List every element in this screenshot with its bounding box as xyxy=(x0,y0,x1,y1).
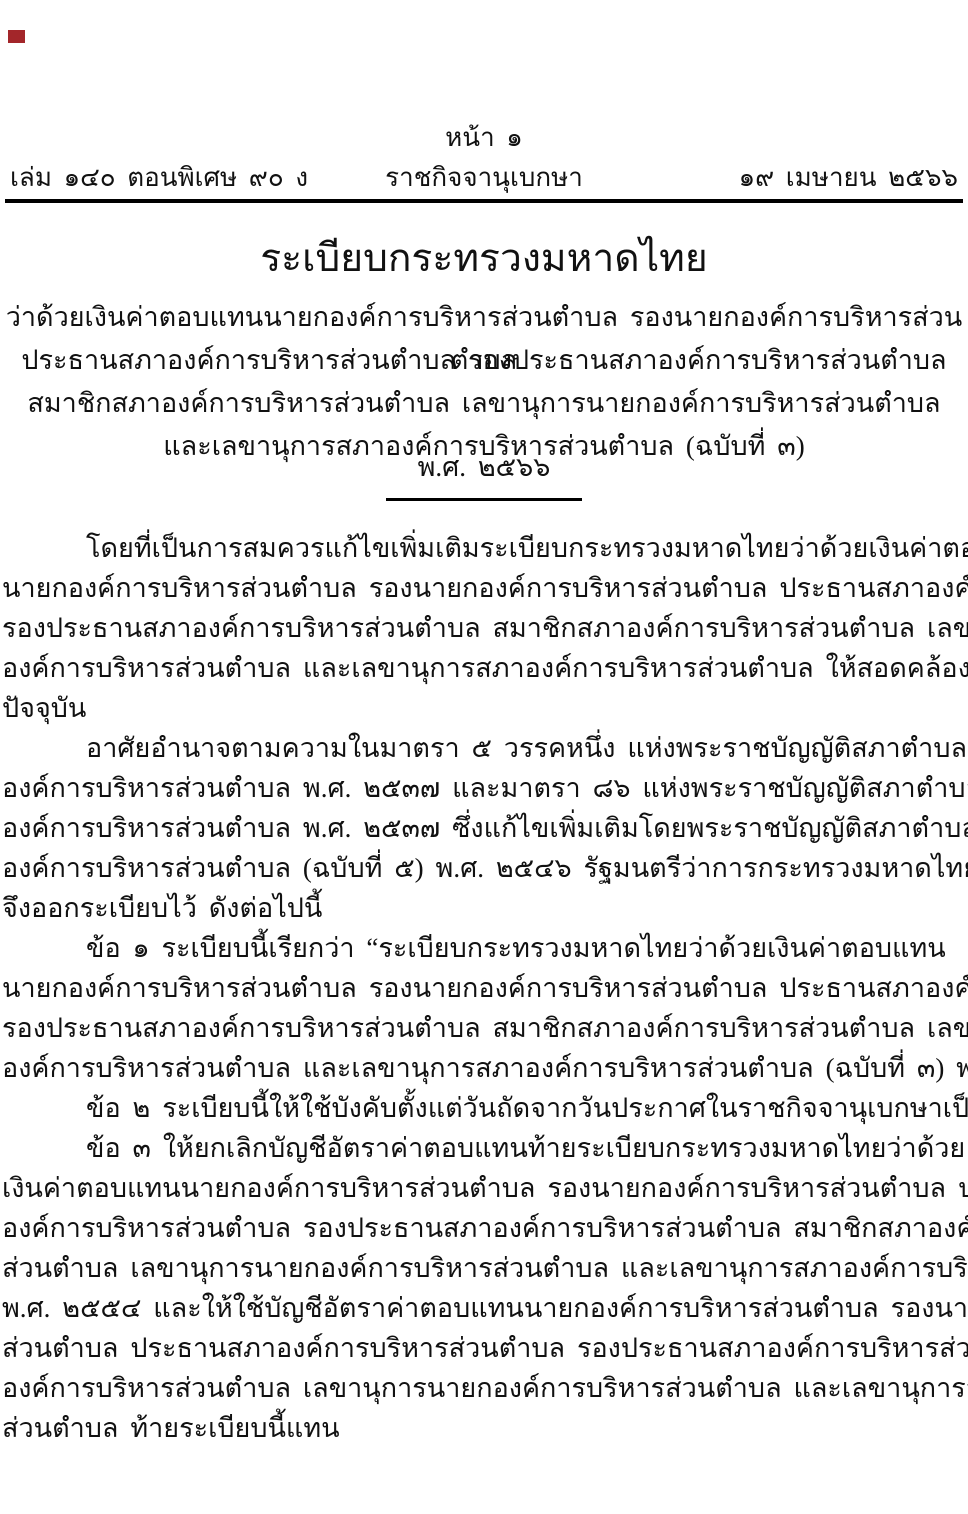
body-line: องค์การบริหารส่วนตำบล พ.ศ. ๒๕๓๗ และมาตรา… xyxy=(2,768,964,808)
body-line: องค์การบริหารส่วนตำบล เลขานุการนายกองค์ก… xyxy=(2,1368,964,1408)
title-subtitle-line: สมาชิกสภาองค์การบริหารส่วนตำบล เลขานุการ… xyxy=(0,382,968,425)
publish-date: ๑๙ เมษายน ๒๕๖๖ xyxy=(739,158,958,198)
body-line: ส่วนตำบล ประธานสภาองค์การบริหารส่วนตำบล … xyxy=(2,1328,964,1368)
gazette-header-row: เล่ม ๑๔๐ ตอนพิเศษ ๙๐ ง ราชกิจจานุเบกษา ๑… xyxy=(0,158,968,198)
body-line: องค์การบริหารส่วนตำบล และเลขานุการสภาองค… xyxy=(2,648,964,688)
body-line: องค์การบริหารส่วนตำบล พ.ศ. ๒๕๓๗ ซึ่งแก้ไ… xyxy=(2,808,964,848)
title-subtitle-line: ว่าด้วยเงินค่าตอบแทนนายกองค์การบริหารส่ว… xyxy=(0,296,968,339)
era-line: พ.ศ. ๒๕๖๖ xyxy=(0,448,968,486)
gazette-page: หน้า ๑ เล่ม ๑๔๐ ตอนพิเศษ ๙๐ ง ราชกิจจานุ… xyxy=(0,0,968,1514)
regulation-subtitle: ว่าด้วยเงินค่าตอบแทนนายกองค์การบริหารส่ว… xyxy=(0,296,968,468)
body-line: ส่วนตำบล ท้ายระเบียบนี้แทน xyxy=(2,1408,964,1448)
body-line: นายกองค์การบริหารส่วนตำบล รองนายกองค์การ… xyxy=(2,568,964,608)
page-number: หน้า ๑ xyxy=(0,118,968,158)
body-line: ข้อ ๓ ให้ยกเลิกบัญชีอัตราค่าตอบแทนท้ายระ… xyxy=(2,1128,964,1168)
header-rule xyxy=(5,199,963,203)
red-corner-mark xyxy=(8,30,25,43)
body-line: อาศัยอำนาจตามความในมาตรา ๕ วรรคหนึ่ง แห่… xyxy=(2,728,964,768)
body-line: นายกองค์การบริหารส่วนตำบล รองนายกองค์การ… xyxy=(2,968,964,1008)
body-line: องค์การบริหารส่วนตำบล และเลขานุการสภาองค… xyxy=(2,1048,964,1088)
document-body: โดยที่เป็นการสมควรแก้ไขเพิ่มเติมระเบียบก… xyxy=(2,528,964,1448)
title-divider xyxy=(386,498,582,501)
body-line: รองประธานสภาองค์การบริหารส่วนตำบล สมาชิก… xyxy=(2,608,964,648)
body-line: เงินค่าตอบแทนนายกองค์การบริหารส่วนตำบล ร… xyxy=(2,1168,964,1208)
body-line: ส่วนตำบล เลขานุการนายกองค์การบริหารส่วนต… xyxy=(2,1248,964,1288)
body-line: ปัจจุบัน xyxy=(2,688,964,728)
body-line: องค์การบริหารส่วนตำบล (ฉบับที่ ๕) พ.ศ. ๒… xyxy=(2,848,964,888)
title-subtitle-line: ประธานสภาองค์การบริหารส่วนตำบล รองประธาน… xyxy=(0,339,968,382)
body-line: พ.ศ. ๒๕๕๔ และให้ใช้บัญชีอัตราค่าตอบแทนนา… xyxy=(2,1288,964,1328)
body-line: โดยที่เป็นการสมควรแก้ไขเพิ่มเติมระเบียบก… xyxy=(2,528,964,568)
body-line: องค์การบริหารส่วนตำบล รองประธานสภาองค์กา… xyxy=(2,1208,964,1248)
body-line: รองประธานสภาองค์การบริหารส่วนตำบล สมาชิก… xyxy=(2,1008,964,1048)
body-line: ข้อ ๑ ระเบียบนี้เรียกว่า “ระเบียบกระทรวง… xyxy=(2,928,964,968)
body-line: ข้อ ๒ ระเบียบนี้ให้ใช้บังคับตั้งแต่วันถั… xyxy=(2,1088,964,1128)
body-line: จึงออกระเบียบไว้ ดังต่อไปนี้ xyxy=(2,888,964,928)
regulation-title: ระเบียบกระทรวงมหาดไทย xyxy=(0,226,968,292)
